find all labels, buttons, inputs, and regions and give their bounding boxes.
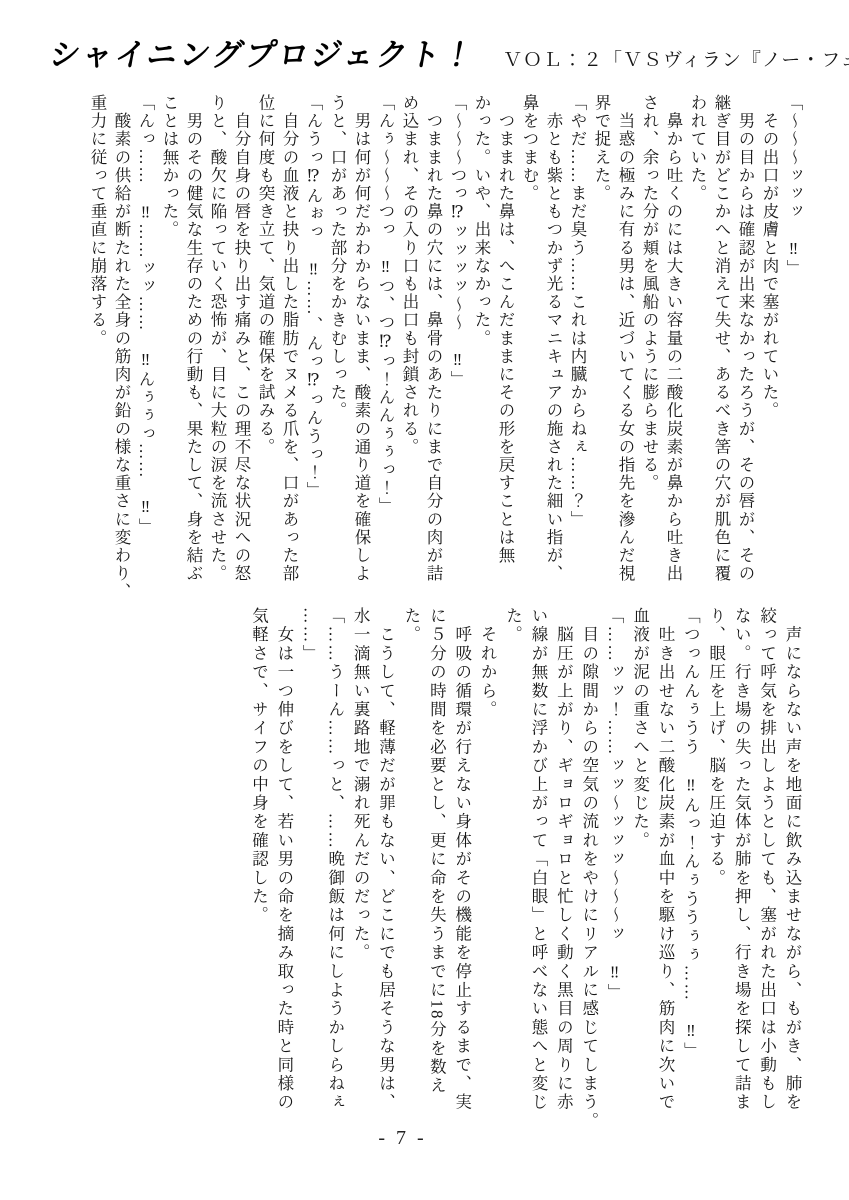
text-line: 継ぎ目がどこかへと消えて失せ、あるべき筈の穴が肌色に覆 [709,94,733,584]
text-block-lower: 声にならない声を地面に飲み込ませながら、もがき、肺を絞って呼気を排出しようとして… [246,607,805,1135]
text-line: 当惑の極みに有る男は、近づいてくる女の指先を滲んだ視 [613,94,637,584]
page-footer: - 7 - [0,1127,849,1150]
text-line: 水一滴無い裏路地で溺れ死んだのだった。 [348,607,373,1135]
page-number: - 7 - [378,1127,426,1150]
text-line: 呼吸の循環が行えない身体がその機能を停止するまで、実 [449,607,474,1135]
text-line: 血液が泥の重さへと変じた。 [627,607,652,1135]
text-line: かった。いや、出来なかった。 [469,94,493,584]
text-line: に５分の時間を必要とし、更に命を失うまでに18分を数え [424,607,449,1135]
text-line: つままれた鼻は、へこんだままにその形を戻すことは無 [493,94,517,584]
text-line: ことは無かった。 [157,94,181,584]
page-header: シャイニングプロジェクト！ ＶＯＬ：２「ＶＳヴィラン『ノー・フェイス』！前編！ [47,42,849,72]
volume-subtitle: ＶＯＬ：２「ＶＳヴィラン『ノー・フェイス』！前編！ [503,51,849,72]
text-line: 吐き出せない二酸化炭素が血中を駆け巡り、筋肉に次いで [653,607,678,1135]
text-line: 声にならない声を地面に飲み込ませながら、もがき、肺を [780,607,805,1135]
text-line: 位に何度も突き立て、気道の確保を試みる。 [253,94,277,584]
text-line: 目の隙間からの空気の流れをやけにリアルに感じてしまう。 [576,607,601,1135]
text-line: 男は何が何だかわからないまま、酸素の通り道を確保しよ [349,94,373,584]
text-line: 「……うーん……っと、……晩御飯は何にしようかしらねぇ [322,607,347,1135]
text-line: され、余った分が頬を風船のように膨らませる。 [637,94,661,584]
text-block-upper: 「〜〜〜ッッッ ‼」 その出口が皮膚と肉で塞がれていた。 男の目からは確認が出来… [85,94,805,584]
text-line: ない。行き場の失った気体が肺を押し、行き場を探して詰ま [729,607,754,1135]
text-line: 界で捉えた。 [589,94,613,584]
text-line: 「つっんんぅうう ‼んっ！んぅううぅぅ…… ‼」 [678,607,703,1135]
text-line: 「〜〜〜つっ⁉ッッッッ〜〜 ‼」 [445,94,469,584]
text-line: 「〜〜〜ッッッ ‼」 [781,94,805,584]
text-line: 自分の血液と抉り出した脂肪でヌメる爪を、口があった部 [277,94,301,584]
text-line: 鼻をつまむ。 [517,94,541,584]
text-line: 男の目からは確認が出来なかったろうが、その唇が、その [733,94,757,584]
text-line: 重力に従って垂直に崩落する。 [85,94,109,584]
text-line: 「んぅ〜〜〜つっ ‼つ、つ⁉っ！んんぅぅっ！」 [373,94,397,584]
text-line: ……」 [297,607,322,1135]
text-line: 鼻から吐くのには大きい容量の二酸化炭素が鼻から吐き出 [661,94,685,584]
text-line: め込まれ、その入り口も出口も封鎖される。 [397,94,421,584]
text-line: 自分自身の唇を抉り出す痛みと、この理不尽な状況への怒 [229,94,253,584]
text-line: その出口が皮膚と肉で塞がれていた。 [757,94,781,584]
text-line: 脳圧が上がり、ギョロギョロと忙しく動く黒目の周りに赤 [551,607,576,1135]
text-line: 「……ッッ！……ッッ〜ッッッ〜〜〜ッ ‼」 [602,607,627,1135]
text-line: 「やだ……まだ臭う……これは内臓からねぇ……？」 [565,94,589,584]
series-logo: シャイニングプロジェクト！ [47,41,479,73]
text-line: り、眼圧を上げ、脳を圧迫する。 [703,607,728,1135]
text-line: 男のその健気な生存のための行動も、果たして、身を結ぶ [181,94,205,584]
page: シャイニングプロジェクト！ ＶＯＬ：２「ＶＳヴィラン『ノー・フェイス』！前編！ … [0,0,849,1200]
text-line: りと、酸欠に陥っていく恐怖が、目に大粒の涙を流させた。 [205,94,229,584]
text-line: 酸素の供給が断たれた全身の筋肉が鉛の様な重さに変わり、 [109,94,133,584]
text-line: 赤とも紫ともつかず光るマニキュアの施された細い指が、 [541,94,565,584]
text-line: た。 [500,607,525,1135]
text-line: 気軽さで、サイフの中身を確認した。 [246,607,271,1135]
text-line: 女は一つ伸びをして、若い男の命を摘み取った時と同様の [271,607,296,1135]
text-line: つままれた鼻の穴には、鼻骨のあたりにまで自分の肉が詰 [421,94,445,584]
text-line: 絞って呼気を排出しようとしても、塞がれた出口は小動もし [754,607,779,1135]
text-line: い線が無数に浮かび上がって「白眼」と呼べない態へと変じ [526,607,551,1135]
text-line: うと、口があった部分をかきむしった。 [325,94,349,584]
text-line: われていた。 [685,94,709,584]
text-line: それから。 [475,607,500,1135]
text-line: こうして、軽薄だが罪もない、どこにでも居そうな男は、 [373,607,398,1135]
text-line: 「んうっ⁉んぉっ ‼……、んっ⁉っんうっ！」 [301,94,325,584]
text-line: 「んっ…… ‼……ッッ…… ‼んぅぅっ…… ‼」 [133,94,157,584]
text-line: た。 [399,607,424,1135]
